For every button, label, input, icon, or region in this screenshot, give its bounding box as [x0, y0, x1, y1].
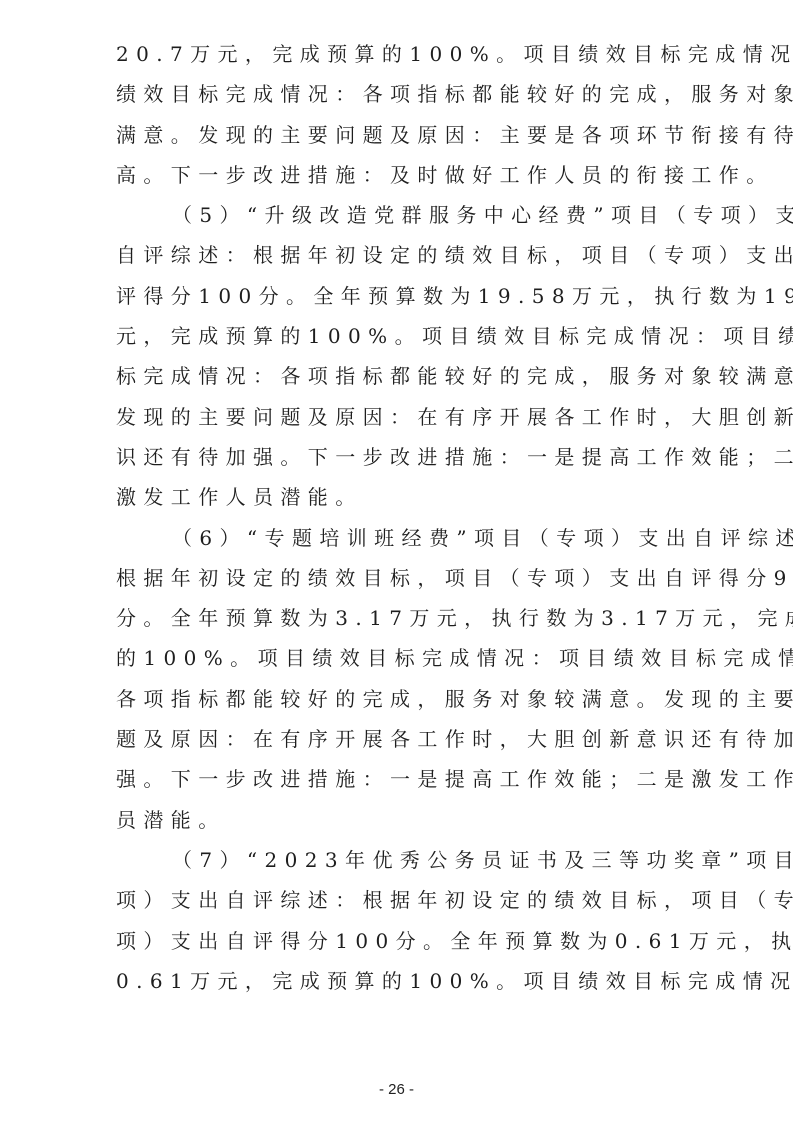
- text-line: 发现的主要问题及原因：在有序开展各工作时，大胆创新意: [116, 397, 682, 437]
- text-line: 的100%。项目绩效目标完成情况：项目绩效目标完成情况：: [116, 638, 682, 678]
- text-line: 20.7万元，完成预算的100%。项目绩效目标完成情况：项目: [116, 34, 682, 74]
- text-line: 题及原因：在有序开展各工作时，大胆创新意识还有待加: [116, 719, 682, 759]
- text-line: 满意。发现的主要问题及原因：主要是各项环节衔接有待提: [116, 115, 682, 155]
- text-line: 强。下一步改进措施：一是提高工作效能；二是激发工作人: [116, 759, 682, 799]
- paragraph-first-line: （5）“升级改造党群服务中心经费”项目（专项）支出: [116, 195, 682, 235]
- body-text: 20.7万元，完成预算的100%。项目绩效目标完成情况：项目绩效目标完成情况：各…: [116, 34, 682, 1001]
- text-line: 项）支出自评得分100分。全年预算数为0.61万元，执行数为: [116, 921, 682, 961]
- text-line: 员潜能。: [116, 800, 682, 840]
- text-line: 识还有待加强。下一步改进措施：一是提高工作效能；二是: [116, 437, 682, 477]
- text-line: 绩效目标完成情况：各项指标都能较好的完成，服务对象较: [116, 74, 682, 114]
- document-page: 20.7万元，完成预算的100%。项目绩效目标完成情况：项目绩效目标完成情况：各…: [0, 0, 793, 1122]
- paragraph-first-line: （6）“专题培训班经费”项目（专项）支出自评综述：: [116, 518, 682, 558]
- text-line: 分。全年预算数为3.17万元，执行数为3.17万元，完成预算: [116, 598, 682, 638]
- paragraph-first-line: （7）“2023年优秀公务员证书及三等功奖章”项目（专: [116, 840, 682, 880]
- text-line: 激发工作人员潜能。: [116, 477, 682, 517]
- text-line: 各项指标都能较好的完成，服务对象较满意。发现的主要问: [116, 679, 682, 719]
- text-line: 高。下一步改进措施：及时做好工作人员的衔接工作。: [116, 155, 682, 195]
- page-number: - 26 -: [0, 1081, 793, 1098]
- text-line: 元，完成预算的100%。项目绩效目标完成情况：项目绩效目: [116, 316, 682, 356]
- text-line: 项）支出自评综述：根据年初设定的绩效目标，项目（专: [116, 880, 682, 920]
- text-line: 0.61万元，完成预算的100%。项目绩效目标完成情况：项目: [116, 961, 682, 1001]
- text-line: 评得分100分。全年预算数为19.58万元，执行数为19.58万: [116, 276, 682, 316]
- text-line: 根据年初设定的绩效目标，项目（专项）支出自评得分98: [116, 558, 682, 598]
- text-line: 自评综述：根据年初设定的绩效目标，项目（专项）支出自: [116, 235, 682, 275]
- text-line: 标完成情况：各项指标都能较好的完成，服务对象较满意。: [116, 356, 682, 396]
